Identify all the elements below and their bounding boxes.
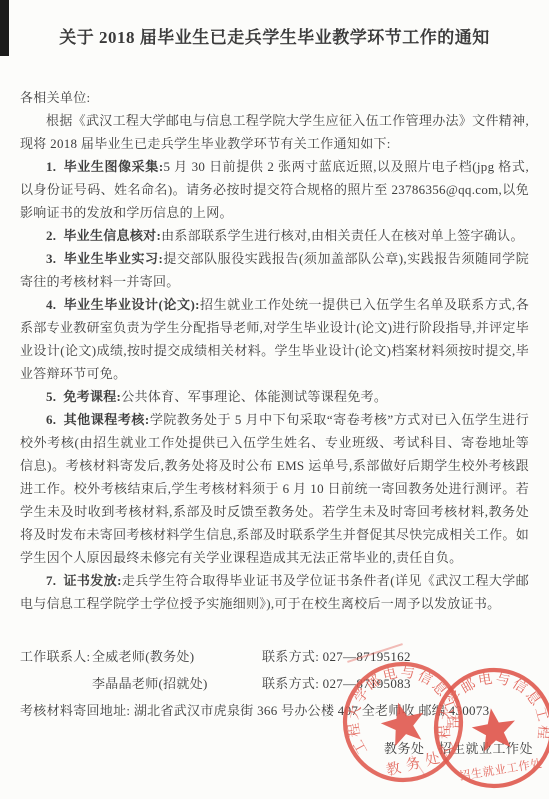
item-text: 学院教务处于 5 月中下旬采取“寄卷考核”方式对已入伍学生进行校外考核(由招生就…	[20, 412, 529, 565]
item-label: 毕业生毕业设计(论文):	[63, 297, 199, 312]
item-number: 4.	[46, 297, 56, 312]
contact-person: 全威老师(教务处)	[92, 643, 262, 670]
contact-person: 李晶晶老师(招就处)	[92, 670, 262, 697]
scan-artifact-mark	[0, 0, 9, 56]
official-seal-zhaosheng: 武汉工程大学邮电与信息工程学院 招生就业工作处	[422, 656, 549, 799]
page-title: 关于 2018 届毕业生已走兵学生毕业教学环节工作的通知	[34, 26, 515, 50]
item-label: 证书发放:	[63, 573, 121, 588]
notice-body: 各相关单位: 根据《武汉工程大学邮电与信息工程学院大学生应征入伍工作管理办法》文…	[20, 86, 529, 615]
notice-item-6: 6.其他课程考核:学院教务处于 5 月中下旬采取“寄卷考核”方式对已入伍学生进行…	[20, 408, 529, 569]
notice-item-3: 3.毕业生毕业实习:提交部队服役实践报告(须加盖部队公章),实践报告须随同学院寄…	[20, 247, 529, 293]
item-label: 毕业生毕业实习:	[63, 251, 163, 266]
item-number: 6.	[46, 412, 56, 427]
seal-graphic: 武汉工程大学邮电与信息工程学院 招生就业工作处	[422, 656, 549, 799]
star-icon	[469, 705, 519, 753]
item-number: 1.	[46, 159, 56, 174]
salutation: 各相关单位:	[20, 86, 529, 109]
notice-item-2: 2.毕业生信息核对:由系部联系学生进行核对,由相关责任人在核对单上签字确认。	[20, 224, 529, 247]
item-text: 公共体育、军事理论、体能测试等课程免考。	[121, 389, 387, 404]
seal-bottom-text: 招生就业工作处	[458, 756, 543, 783]
contact-label: 工作联系人:	[20, 643, 92, 670]
star-icon	[377, 697, 430, 748]
scanned-notice-page: 关于 2018 届毕业生已走兵学生毕业教学环节工作的通知 各相关单位: 根据《武…	[0, 0, 549, 799]
notice-item-4: 4.毕业生毕业设计(论文):招生就业工作处统一提供已入伍学生名单及联系方式,各系…	[20, 293, 529, 385]
notice-item-7: 7.证书发放:走兵学生符合取得毕业证书及学位证书条件者(详见《武汉工程大学邮电与…	[20, 569, 529, 615]
notice-item-5: 5.免考课程:公共体育、军事理论、体能测试等课程免考。	[20, 385, 529, 408]
intro-paragraph: 根据《武汉工程大学邮电与信息工程学院大学生应征入伍工作管理办法》文件精神,现将 …	[20, 109, 529, 155]
item-text: 由系部联系学生进行核对,由相关责任人在核对单上签字确认。	[161, 228, 524, 243]
item-label: 毕业生图像采集:	[63, 159, 163, 174]
item-label: 毕业生信息核对:	[63, 228, 161, 243]
item-number: 5.	[46, 389, 56, 404]
item-number: 3.	[46, 251, 56, 266]
notice-item-1: 1.毕业生图像采集:5 月 30 日前提供 2 张两寸蓝底近照,以及照片电子档(…	[20, 155, 529, 224]
item-label: 其他课程考核:	[63, 412, 149, 427]
item-number: 2.	[46, 228, 56, 243]
item-number: 7.	[46, 573, 56, 588]
item-label: 免考课程:	[63, 389, 121, 404]
